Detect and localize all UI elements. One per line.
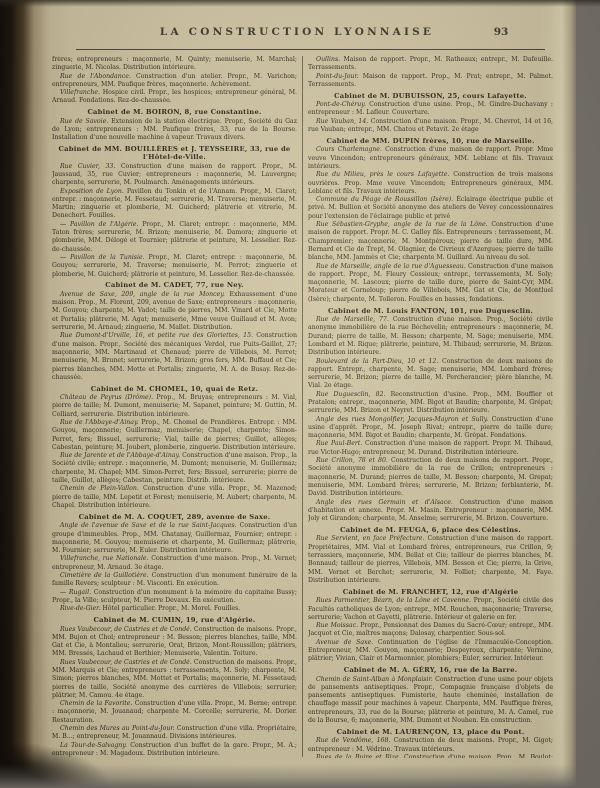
entry-paragraph: Avenue de Saxe, 209, angle de la rue Mon… <box>52 291 297 332</box>
section-heading: Cabinet de M. CHOMEL, 10, quai de Retz. <box>52 385 297 393</box>
entry-text: Hôtel particulier. Propr., M. Morel. Fou… <box>102 605 240 612</box>
entry-lead: Villefranche, rue Nationale. <box>60 555 149 562</box>
entry-paragraph: Chemin de Saint-Alban à Monplaisir. Cons… <box>308 676 553 726</box>
entry-lead: Cimetière de la Guillotière. <box>60 572 149 579</box>
section-heading: Cabinet de M. BOIRON, 8, rue Constantine… <box>52 108 297 116</box>
entry-lead: Rues Vaubecour, de Castries et de Condé. <box>60 626 192 633</box>
entry-paragraph: Angle des rues Germain et d'Alsace. Cons… <box>308 499 553 524</box>
entry-lead: Rue Servient, en face Préfecture. <box>316 535 425 542</box>
entry-paragraph: Cimetière de la Guillotière. Constructio… <box>52 572 297 589</box>
section-heading: Cabinet de M. DUBUISSON, 25, cours Lafay… <box>308 92 553 100</box>
right-column: Oullins. Maison de rapport. Propr., M. R… <box>308 56 553 758</box>
column-divider <box>302 56 303 757</box>
entry-paragraph: Rues Vaubecour, de Castries et de Condé.… <box>52 659 297 700</box>
entry-paragraph: Angle des rues Mongolfier, Jacques-Mayro… <box>308 416 553 441</box>
entry-lead: Cours Charlemagne. <box>316 146 382 153</box>
entry-lead: Oullins. <box>316 56 340 63</box>
entry-paragraph: Angle de l'avenue de Saxe et de la rue S… <box>52 522 297 555</box>
entry-lead: Commune du Péage de Roussillon (Isère). <box>316 196 453 203</box>
entry-paragraph: Avenue de Saxe. Continuation de l'église… <box>308 639 553 664</box>
entry-lead: Rue de l'Abbaye-d'Ainay. <box>60 419 139 426</box>
entry-paragraph: Rue Moissac. Propr., Pensionnat des Dame… <box>308 622 553 639</box>
entry-lead: Angle des rues Mongolfier, Jacques-Mayro… <box>316 416 488 423</box>
entry-paragraph: Rive-de-Gier. Hôtel particulier. Propr.,… <box>52 605 297 613</box>
entry-lead: Pont-de-Chéruy. <box>316 101 366 108</box>
scanned-page: LA CONSTRUCTION LYONNAISE 93 frères; ent… <box>0 0 600 788</box>
entry-lead: Avenue de Saxe. <box>316 639 373 646</box>
entry-paragraph: — Pavillon de l'Algérie. Propr., M. Clar… <box>52 221 297 254</box>
entry-lead: Rues Vaubecour, de Castries et de Condé. <box>60 659 192 666</box>
entry-lead: — Pavillon de l'Algérie. <box>60 221 138 228</box>
entry-paragraph: La Tour-de-Salvagny. Construction d'un b… <box>52 742 297 758</box>
entry-lead: Rue Vauban, 14. <box>316 118 368 125</box>
entry-text: Maison de rapport. Propr., M. Ratheaux; … <box>308 56 553 71</box>
entry-paragraph: — Pavillon de la Tunisie. Propr., M. Cla… <box>52 254 297 279</box>
entry-text: Construction d'une maison. Propr., Socié… <box>52 332 297 380</box>
entry-lead: Château de Peyrus (Drôme). <box>60 394 153 401</box>
entry-paragraph: Villefranche, rue Nationale. Constructio… <box>52 555 297 572</box>
entry-paragraph: Rue de Vendôme, 168. Construction de deu… <box>308 737 553 754</box>
entry-paragraph: Chemin de la Favorite. Construction d'un… <box>52 700 297 725</box>
entry-paragraph: Rue Duguesclin, 82. Reconstruction d'usi… <box>308 391 553 416</box>
entry-paragraph: frères; entrepreneurs : maçonnerie, M. Q… <box>52 56 297 73</box>
entry-lead: Boulevard de la Part-Dieu, 10 et 12. <box>316 358 438 365</box>
entry-lead: Chemin de Plein-Vallon. <box>60 485 139 492</box>
entry-paragraph: Rues Vaubecour, de Castries et de Condé.… <box>52 626 297 659</box>
entry-text: Construction d'une maison de rapport. Pr… <box>308 535 553 583</box>
entry-paragraph: Commune du Péage de Roussillon (Isère). … <box>308 196 553 221</box>
entry-lead: Chemin de la Favorite. <box>60 700 132 707</box>
entry-lead: Rue de Jarente et de l'Abbaye-d'Ainay. <box>60 452 180 459</box>
section-heading: Cabinet de MM. BOUILLÈRES et J. TEYSSEIR… <box>52 145 297 161</box>
section-heading: Cabinet de M. A. GÉRY, 16, rue de la Bar… <box>308 666 553 674</box>
entry-lead: Rue Duguesclin, 82. <box>316 391 385 398</box>
entry-lead: Rue de l'Abondance. <box>60 73 131 80</box>
entry-paragraph: Rue de Marseille, 77. Construction d'une… <box>308 316 553 357</box>
entry-paragraph: Rue Cuvier, 33. Construction d'une maiso… <box>52 163 297 188</box>
entry-paragraph: Rue Servient, en face Préfecture. Constr… <box>308 535 553 585</box>
entry-lead: Chemin de Saint-Alban à Monplaisir. <box>316 676 433 683</box>
entry-lead: Angle des rues Germain et d'Alsace. <box>316 499 453 506</box>
entry-lead: Rue du Milieu, près le cours Lafayette. <box>316 171 449 178</box>
entry-lead: Exposition de Lyon. <box>60 188 124 195</box>
journal-masthead: LA CONSTRUCTION LYONNAISE <box>57 26 537 38</box>
entry-lead: — Rugail. <box>60 589 91 596</box>
section-heading: Cabinet de MM. DUPIN frères, 10, rue de … <box>308 137 553 145</box>
section-heading: Cabinet de M. LAURENÇON, 13, place du Po… <box>308 728 553 736</box>
entry-lead: — Pavillon de la Tunisie. <box>60 254 145 261</box>
entry-lead: Rue de Marseille, angle de la rue d'Ague… <box>316 263 466 270</box>
entry-paragraph: Rue Paul-Bert. Construction d'une maison… <box>308 440 553 457</box>
entry-lead: Rue Sébastien-Gryphe, angle de la rue de… <box>316 221 488 228</box>
entry-paragraph: Rues Parmentier, Béarn, de la Lône et Ca… <box>308 597 553 622</box>
left-column: frères; entrepreneurs : maçonnerie, M. Q… <box>52 56 297 758</box>
entry-paragraph: Cours Charlemagne. Construction d'une ma… <box>308 146 553 171</box>
entry-paragraph: Rue du Milieu, près le cours Lafayette. … <box>308 171 553 196</box>
entry-paragraph: Point-du-Jour. Maison de rapport. Prop.,… <box>308 73 553 90</box>
entry-paragraph: Rues de la Buire et Rize. Construction d… <box>308 754 553 758</box>
section-heading: Cabinet de M. Louis FANTON, 101, rue Dug… <box>308 307 553 315</box>
entry-lead: Chemin des Mures au Point-du-Jour. <box>60 725 175 732</box>
entry-lead: Rue Crillon, 78 et 80. <box>316 457 388 464</box>
entry-paragraph: Oullins. Maison de rapport. Propr., M. R… <box>308 56 553 73</box>
entry-lead: Rue Dumont-d'Urville, 16, et petite rue … <box>60 332 253 339</box>
section-heading: Cabinet de M. CADET, 77, rue Ney. <box>52 281 297 289</box>
entry-paragraph: Rue Crillon, 78 et 80. Construction de d… <box>308 457 553 498</box>
section-heading: Cabinet de M. FEUGA, 6, place des Célest… <box>308 526 553 534</box>
entry-paragraph: Rue Sébastien-Gryphe, angle de la rue de… <box>308 221 553 262</box>
entry-lead: Rue Cuvier, 33. <box>60 163 115 170</box>
entry-paragraph: Rue de Jarente et de l'Abbaye-d'Ainay. C… <box>52 452 297 485</box>
entry-lead: Villefranche. <box>60 89 100 96</box>
section-heading: Cabinet de M. FRANCHET, 12, rue d'Algéri… <box>308 588 553 596</box>
page-number: 93 <box>486 26 516 38</box>
entry-paragraph: Rue Vauban, 14. Construction d'une maiso… <box>308 118 553 135</box>
entry-paragraph: Rue de l'Abbaye-d'Ainay. Prop., M. Chome… <box>52 419 297 452</box>
section-heading: Cabinet de M. A. COQUET, 289, avenue de … <box>52 513 297 521</box>
entry-paragraph: Rue de Savoie. Extension de la station é… <box>52 118 297 143</box>
entry-paragraph: Rue Dumont-d'Urville, 16, et petite rue … <box>52 332 297 382</box>
entry-lead: Rue Moissac. <box>316 622 358 629</box>
entry-lead: Point-du-Jour. <box>316 73 359 80</box>
entry-paragraph: Château de Peyrus (Drôme). Prop., M. Bru… <box>52 394 297 419</box>
entry-paragraph: Boulevard de la Part-Dieu, 10 et 12. Con… <box>308 358 553 391</box>
scan-background-right <box>576 0 600 788</box>
entry-lead: La Tour-de-Salvagny. <box>60 742 127 749</box>
entry-lead: Rive-de-Gier. <box>60 605 100 612</box>
entry-paragraph: Pont-de-Chéruy. Construction d'une usine… <box>308 101 553 118</box>
entry-lead: Rues Parmentier, Béarn, de la Lône et Ca… <box>316 597 471 604</box>
entry-lead: Rues de la Buire et Rize. <box>316 754 401 758</box>
entry-lead: Rue Paul-Bert. <box>316 440 362 447</box>
entry-paragraph: Villefranche. Hospice civil. Propr., les… <box>52 89 297 106</box>
entry-paragraph: Chemin des Mures au Point-du-Jour. Const… <box>52 725 297 742</box>
entry-lead: Rue de Vendôme, 168. <box>316 737 390 744</box>
entry-lead: Avenue de Saxe, 209, angle de la rue Mon… <box>60 291 225 298</box>
entry-lead: Rue de Marseille, 77. <box>316 316 389 323</box>
header-rule <box>76 49 545 50</box>
section-heading: Cabinet de M. CUMIN, 19, rue d'Algérie. <box>52 616 297 624</box>
entry-lead: Angle de l'avenue de Saxe et de la rue S… <box>60 522 237 529</box>
entry-lead: Rue de Savoie. <box>60 118 108 125</box>
entry-paragraph: Rue de Marseille, angle de la rue d'Ague… <box>308 263 553 304</box>
entry-paragraph: Rue de l'Abondance. Construction d'un at… <box>52 73 297 90</box>
entry-text: frères; entrepreneurs : maçonnerie, M. Q… <box>52 56 297 71</box>
entry-paragraph: Exposition de Lyon. Pavillon du Tonkin e… <box>52 188 297 221</box>
entry-paragraph: Chemin de Plein-Vallon. Construction d'u… <box>52 485 297 510</box>
entry-paragraph: — Rugail. Construction d'un monument à l… <box>52 589 297 606</box>
